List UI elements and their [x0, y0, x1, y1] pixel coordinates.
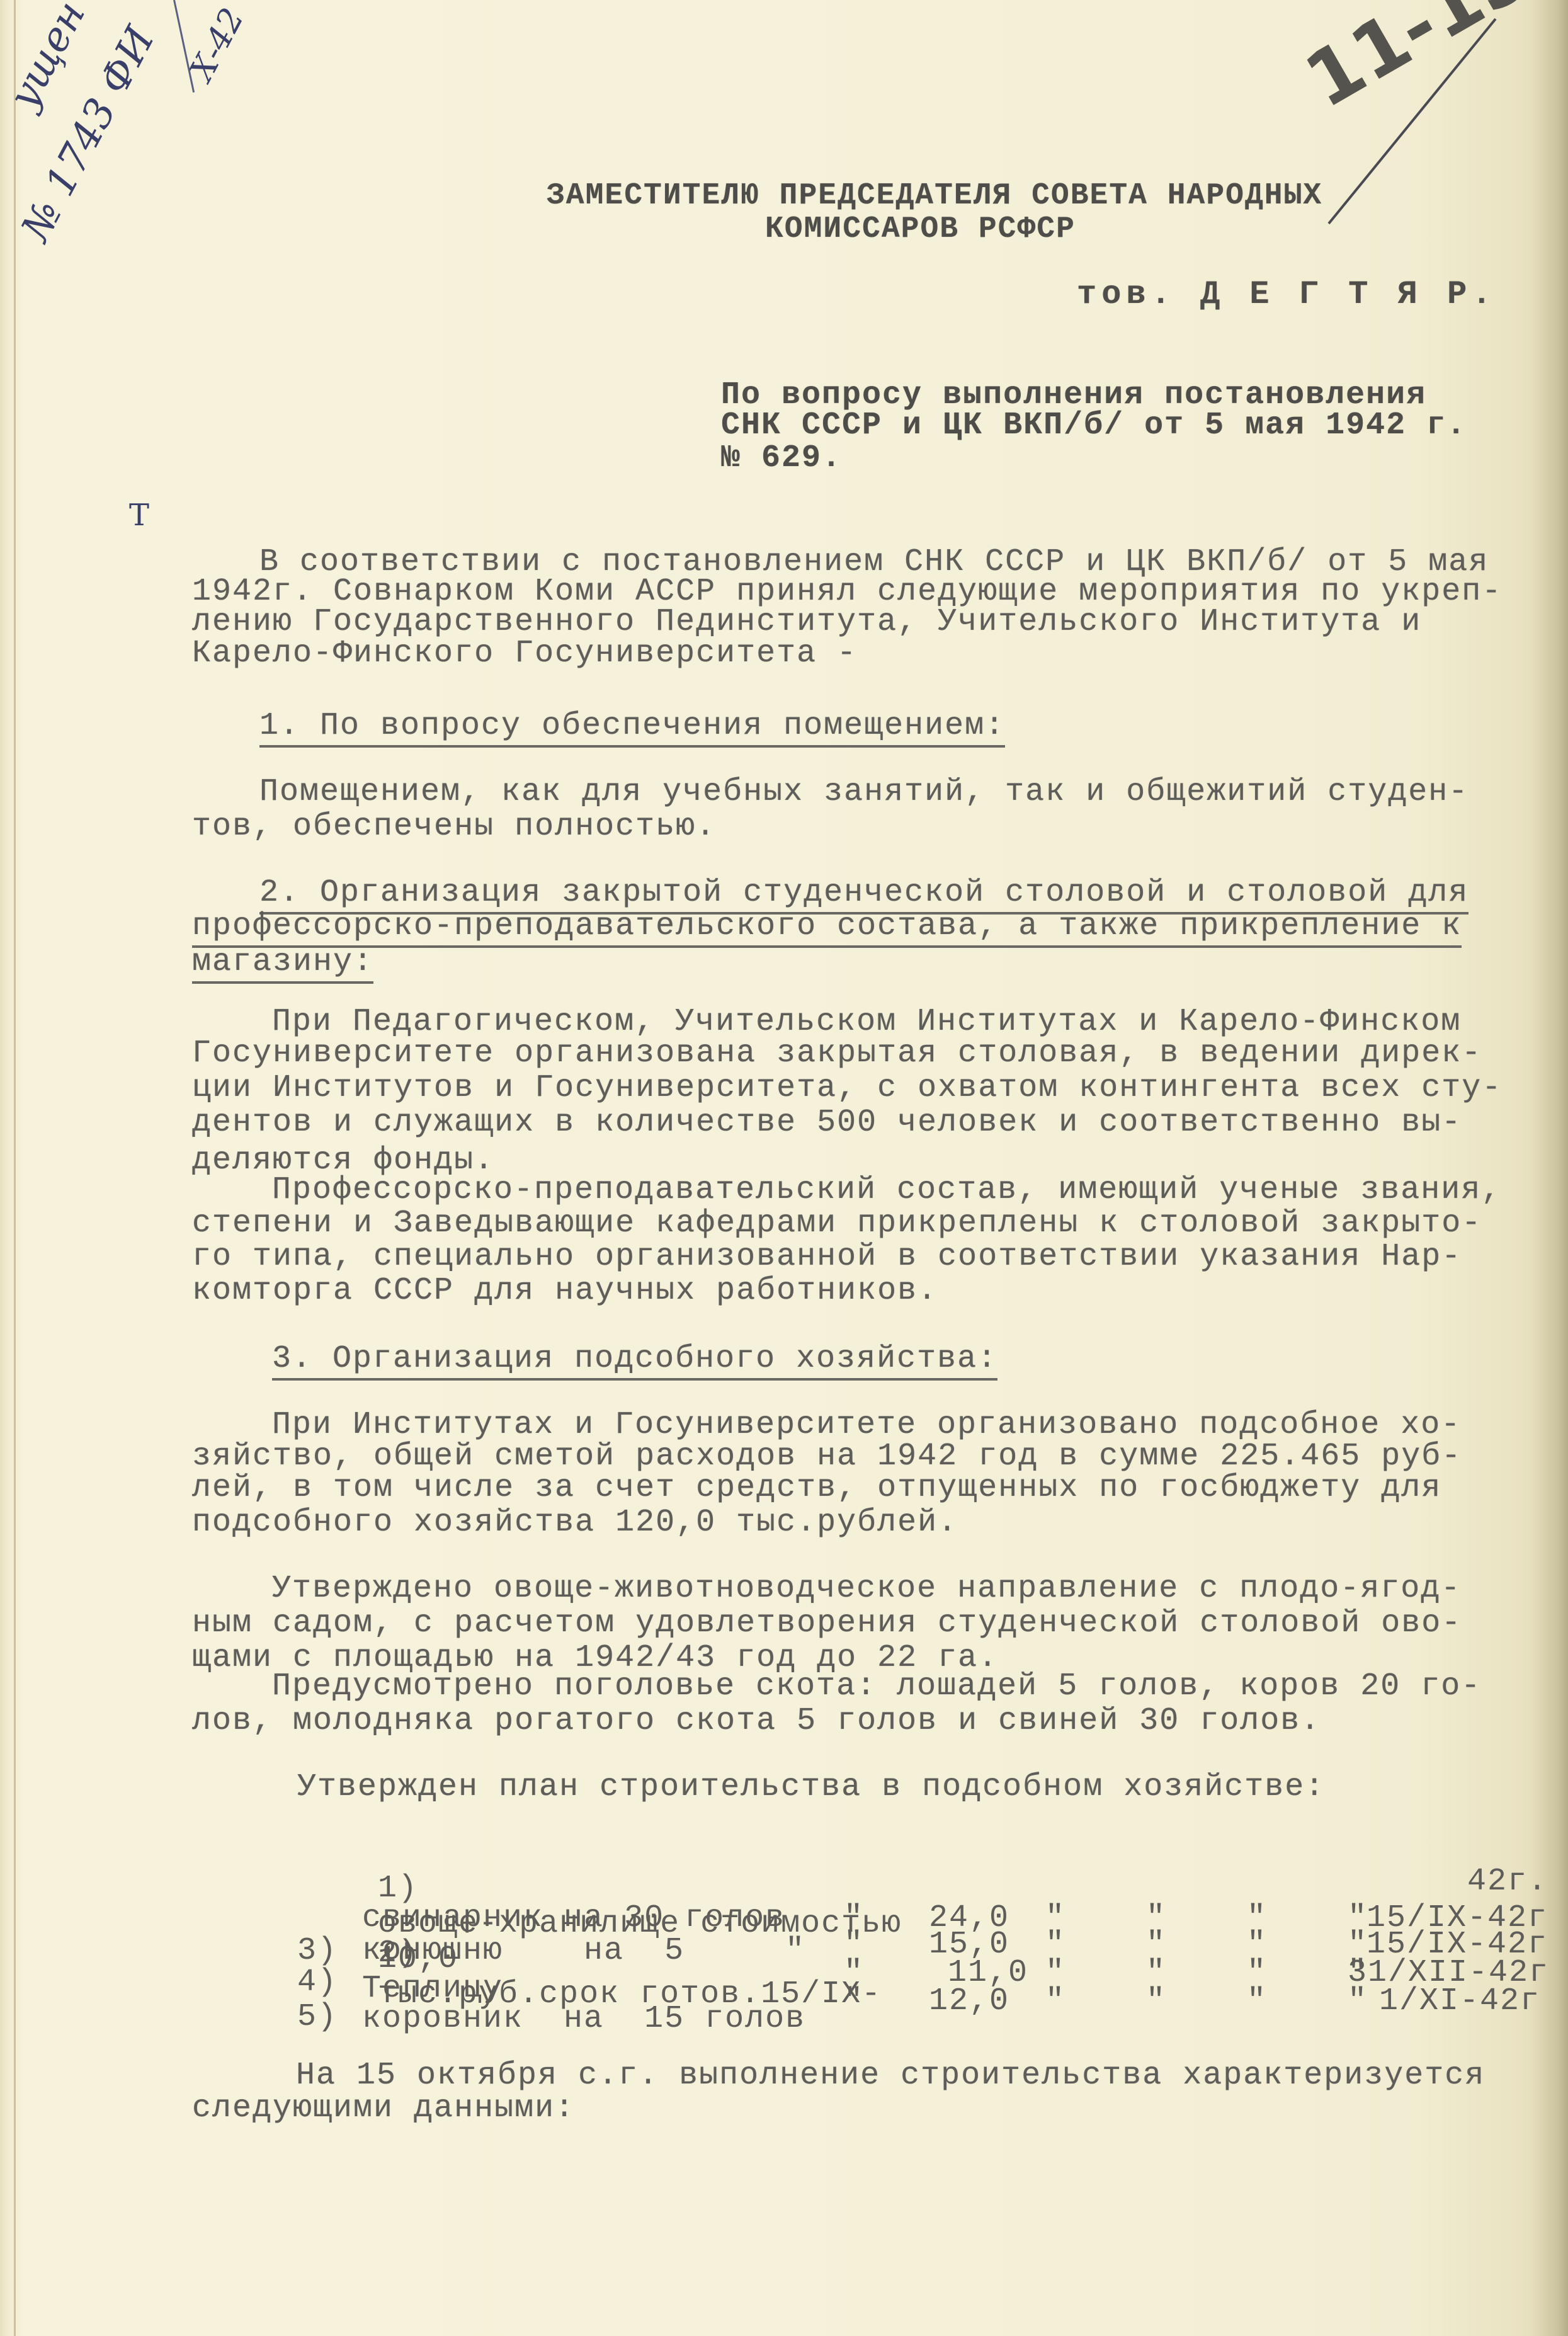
- construction-plan-intro: Утвержден план строительства в подсобном…: [297, 1770, 1325, 1805]
- strike-arrow-icon: [1322, 13, 1511, 227]
- plan-item-4: 4): [297, 1965, 338, 2000]
- section-2-heading-line-3: магазину:: [192, 945, 373, 984]
- closing-line-1: На 15 октября с.г. выполнение строительс…: [296, 2058, 1485, 2094]
- plan-item-3: 3): [297, 1934, 338, 1969]
- section-2-para-1-line-3: ции Институтов и Госуниверситета, с охва…: [192, 1071, 1502, 1106]
- section-3-para-2-line-5: лов, молодняка рогатого скота 5 голов и …: [192, 1704, 1321, 1739]
- plan-item-5-ditto: ": [844, 1984, 864, 2019]
- intro-line-4: Карело-Финского Госуниверситета -: [192, 636, 857, 671]
- section-2-para-1-line-4: дентов и служащих в количестве 500 челов…: [192, 1105, 1462, 1141]
- plan-item-5-cost: 12,0: [929, 1984, 1009, 2019]
- section-3-para-1-line-1: При Институтах и Госуниверситете организ…: [272, 1408, 1461, 1443]
- addressee-line-2: КОМИССАРОВ РСФСР: [765, 212, 1076, 247]
- section-2-para-2-line-1: Профессорско-преподавательский состав, и…: [272, 1173, 1501, 1208]
- section-2-para-1-line-2: Госуниверситете организована закрытая ст…: [192, 1036, 1482, 1071]
- plan-item-5-unit: " " " ": [1045, 1984, 1368, 2019]
- section-1-line-1: Помещением, как для учебных занятий, так…: [259, 775, 1469, 810]
- section-2-para-2-line-3: го типа, специально организованной в соо…: [192, 1239, 1462, 1275]
- section-3-para-1-line-2: зяйство, общей сметой расходов на 1942 г…: [192, 1439, 1462, 1474]
- addressee-name: тов. Д Е Г Т Я Р.: [1077, 277, 1497, 312]
- plan-item-2-name: свинарник на 30 голов: [362, 1901, 785, 1936]
- section-3-para-2-line-2: ным садом, с расчетом удовлетворения сту…: [192, 1606, 1462, 1641]
- subject-line-2: СНК СССР и ЦК ВКП/б/ от 5 мая 1942 г.: [721, 408, 1467, 443]
- binding-edge: [14, 0, 16, 2336]
- addressee-line-1: ЗАМЕСТИТЕЛЮ ПРЕДСЕДАТЕЛЯ СОВЕТА НАРОДНЫХ: [547, 178, 1322, 214]
- plan-item-1-deadline-cont: 42г.: [1467, 1864, 1548, 1900]
- intro-line-3: лению Государственного Пединститута, Учи…: [192, 605, 1421, 640]
- section-3-para-2-line-1: Утверждено овоще-животноводческое направ…: [272, 1571, 1461, 1607]
- plan-item-5-name: коровник на 15 голов: [362, 2002, 805, 2037]
- plan-item-3-name: конюшню на 5 ": [362, 1934, 805, 1969]
- section-3-para-1-line-3: лей, в том числе за счет средств, отпуще…: [192, 1471, 1441, 1506]
- section-2-para-2-line-4: комторга СССР для научных работников.: [192, 1273, 938, 1309]
- section-2-para-2-line-2: степени и Заведывающие кафедрами прикреп…: [192, 1206, 1482, 1241]
- section-1-heading: 1. По вопросу обеспечения помещением:: [259, 709, 1005, 748]
- section-1-line-2: тов, обеспечены полностью.: [192, 809, 716, 845]
- plan-item-5-deadline: 1/XI-42г: [1379, 1984, 1540, 2019]
- subject-line-3: № 629.: [721, 441, 842, 476]
- plan-item-5: 5): [297, 2000, 338, 2035]
- closing-line-2: следующими данными:: [192, 2091, 575, 2126]
- section-2-heading-line-2: профессорско-преподавательского состава,…: [192, 909, 1462, 948]
- section-3-para-2-line-4: Предусмотрено поголовье скота: лошадей 5…: [272, 1669, 1481, 1704]
- margin-mark: Т: [129, 498, 149, 533]
- section-3-para-1-line-4: подсобного хозяйства 120,0 тыс.рублей.: [192, 1505, 958, 1541]
- section-3-heading: 3. Организация подсобного хозяйства:: [272, 1342, 997, 1381]
- section-2-para-1-line-1: При Педагогическом, Учительском Институт…: [272, 1005, 1461, 1040]
